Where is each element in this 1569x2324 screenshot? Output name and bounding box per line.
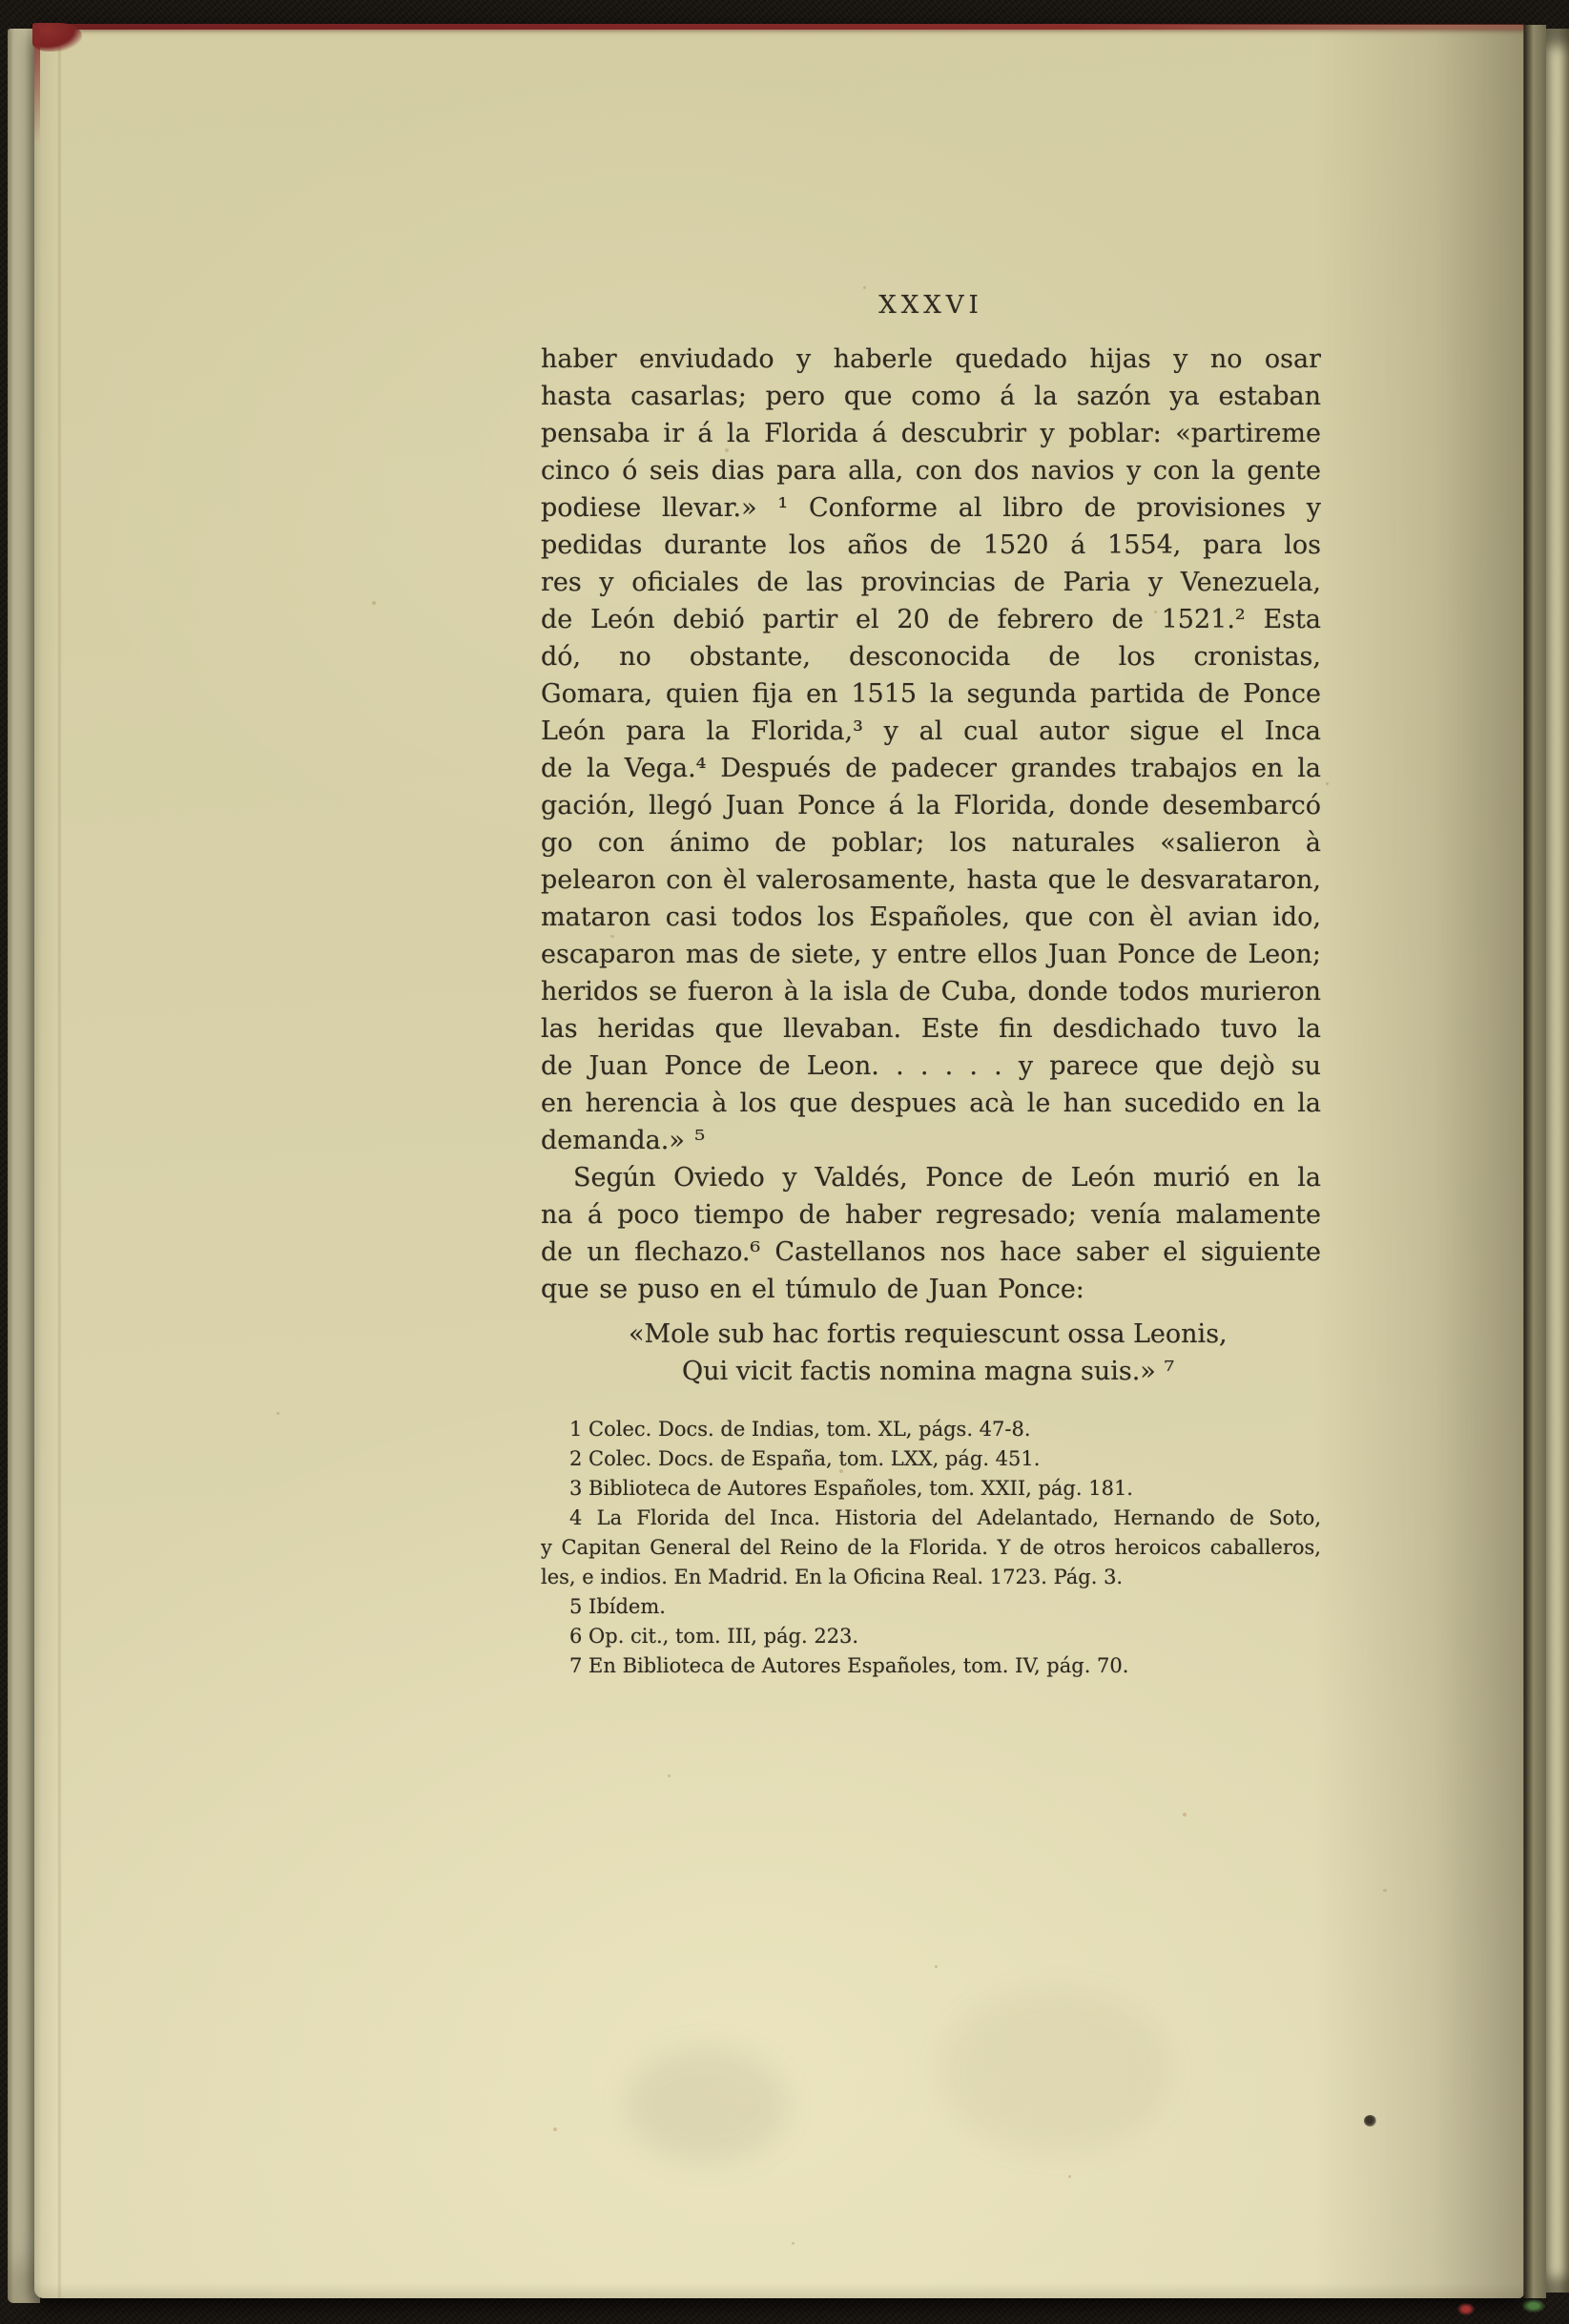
footnote-line: 3 Biblioteca de Autores Españoles, tom. …: [541, 1474, 1321, 1504]
body-text-line: res y oficiales de las provincias de Par…: [541, 564, 1321, 601]
footnote-line: y Capitan General del Reino de la Florid…: [541, 1533, 1321, 1563]
foxing-speck: [1068, 2175, 1071, 2178]
body-text-line: mataron casi todos los Españoles, que co…: [541, 899, 1321, 936]
foxing-speck: [277, 1412, 279, 1415]
footnote-line: 2 Colec. Docs. de España, tom. LXX, pág.…: [541, 1444, 1321, 1474]
facing-page-edge: [1546, 29, 1569, 2293]
red-stain-left: [34, 29, 40, 143]
body-text-line: cinco ó seis dias para alla, con dos nav…: [541, 452, 1321, 489]
book-page: XXXVI haber enviudado y haberle quedado …: [34, 25, 1524, 2298]
body-text-line: hasta casarlas; pero que como á la sazón…: [541, 378, 1321, 415]
red-stained-top-edge: [34, 24, 1524, 30]
body-text-line: escaparon mas de siete, y entre ellos Ju…: [541, 936, 1321, 973]
footnote-line: 1 Colec. Docs. de Indias, tom. XL, págs.…: [541, 1415, 1321, 1444]
foxing-speck: [553, 2127, 557, 2131]
body-text-line: Gomara, quien fija en 1515 la segunda pa…: [541, 675, 1321, 713]
body-text-line: heridos se fueron à la isla de Cuba, don…: [541, 973, 1321, 1010]
page-number: XXXVI: [541, 291, 1321, 320]
footnotes-block: 1 Colec. Docs. de Indias, tom. XL, págs.…: [541, 1415, 1321, 1681]
foxing-speck: [935, 1965, 938, 1968]
epitaph-verse: «Mole sub hac fortis requiescunt ossa Le…: [541, 1316, 1321, 1390]
binding-thread-green: [1522, 2299, 1545, 2313]
verse-line: «Mole sub hac fortis requiescunt ossa Le…: [541, 1316, 1321, 1353]
foxing-speck: [1326, 782, 1329, 785]
body-text-line: de la Vega.⁴ Después de padecer grandes …: [541, 750, 1321, 787]
footnote-line: 4 La Florida del Inca. Historia del Adel…: [541, 1504, 1321, 1533]
body-text-line: pedidas durante los años de 1520 á 1554,…: [541, 527, 1321, 564]
page-smudge: [626, 2047, 788, 2162]
footnote-line: les, e indios. En Madrid. En la Oficina …: [541, 1563, 1321, 1592]
body-text-line: pensaba ir á la Florida á descubrir y po…: [541, 415, 1321, 452]
body-text-line: de Juan Ponce de Leon. . . . . . y parec…: [541, 1048, 1321, 1085]
body-text-line: haber enviudado y haberle quedado hijas …: [541, 341, 1321, 378]
body-text-line: que se puso en el túmulo de Juan Ponce:: [541, 1271, 1321, 1308]
body-text-line: pelearon con èl valerosamente, hasta que…: [541, 861, 1321, 899]
body-text-line: las heridas que llevaban. Este fin desdi…: [541, 1010, 1321, 1048]
page-text-block: XXXVI haber enviudado y haberle quedado …: [541, 291, 1321, 1681]
verse-line: Qui vicit factis nomina magna suis.» ⁷: [541, 1353, 1321, 1390]
page-smudge: [940, 1990, 1169, 2152]
footnote-line: 6 Op. cit., tom. III, pág. 223.: [541, 1622, 1321, 1651]
foxing-speck: [668, 1774, 671, 1777]
body-text-line: na á poco tiempo de haber regresado; ven…: [541, 1196, 1321, 1234]
body-text-line: León para la Florida,³ y al cual autor s…: [541, 713, 1321, 750]
body-text-line: Según Oviedo y Valdés, Ponce de León mur…: [541, 1159, 1321, 1196]
body-text-line: gación, llegó Juan Ponce á la Florida, d…: [541, 787, 1321, 824]
footnote-line: 7 En Biblioteca de Autores Españoles, to…: [541, 1651, 1321, 1681]
book-gutter: [1523, 25, 1546, 2298]
body-text-line: dó, no obstante, desconocida de los cron…: [541, 638, 1321, 675]
book-scan-photo: XXXVI haber enviudado y haberle quedado …: [0, 0, 1569, 2324]
foxing-speck: [1183, 1813, 1187, 1816]
body-text-line: de León debió partir el 20 de febrero de…: [541, 601, 1321, 638]
foxing-speck: [1383, 1889, 1387, 1892]
body-text-line: de un flechazo.⁶ Castellanos nos hace sa…: [541, 1234, 1321, 1271]
foxing-speck: [863, 286, 866, 289]
foxing-speck: [792, 2242, 795, 2245]
binding-thread-red: [1457, 2303, 1475, 2315]
footnote-line: 5 Ibídem.: [541, 1592, 1321, 1622]
body-text-line: podiese llevar.» ¹ Conforme al libro de …: [541, 489, 1321, 527]
ink-spot: [1364, 2115, 1376, 2127]
body-text-line: en herencia à los que despues acà le han…: [541, 1085, 1321, 1122]
body-text-line: demanda.» ⁵: [541, 1122, 1321, 1159]
body-text-line: go con ánimo de poblar; los naturales «s…: [541, 824, 1321, 861]
foxing-speck: [372, 601, 376, 605]
